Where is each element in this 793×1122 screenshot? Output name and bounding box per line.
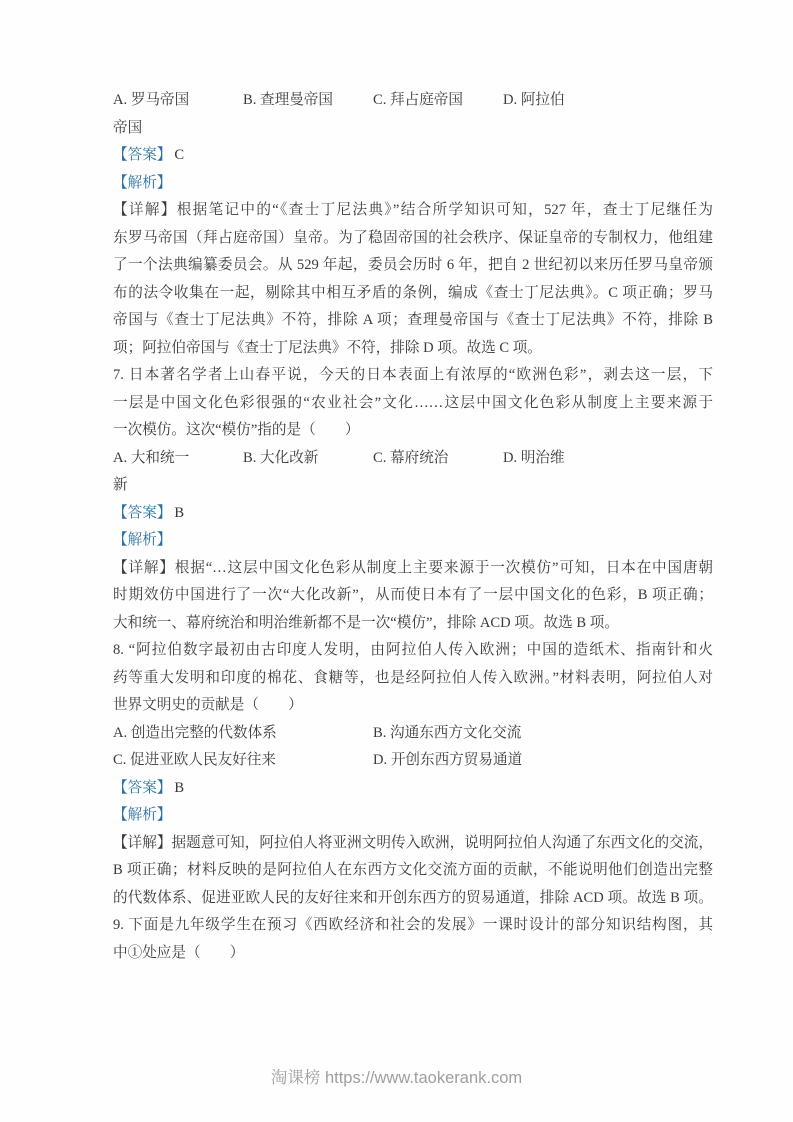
q8-answer-value: B — [174, 780, 184, 796]
q7-stem-line-1: 7. 日本著名学者上山春平说，今天的日本表面上有浓厚的“欧洲色彩”，剥去这一层，… — [113, 362, 713, 390]
q6-option-c: C. 拜占庭帝国 — [373, 87, 463, 115]
q8-option-c: C. 促进亚欧人民友好往来 — [113, 747, 276, 775]
q6-option-b: B. 查理曼帝国 — [243, 87, 333, 115]
q6-answer-label: 【答案】 — [113, 147, 171, 163]
watermark-footer: 淘课榜 https://www.taokerank.com — [0, 1064, 793, 1088]
q8-option-a: A. 创造出完整的代数体系 — [113, 720, 277, 748]
q6-options-row: A. 罗马帝国 B. 查理曼帝国 C. 拜占庭帝国 D. 阿拉伯 — [113, 87, 713, 115]
q8-detail-line-2: B 项正确；材料反映的是阿拉伯人在东西方文化交流方面的贡献，不能说明他们创造出完… — [113, 857, 713, 885]
q9-stem-line-2: 中①处应是（ ） — [113, 940, 713, 968]
q8-detail-line-3: 的代数体系、促进亚欧人民的友好往来和开创东西方的贸易通道，排除 ACD 项。故选… — [113, 885, 713, 913]
watermark-text: 淘课榜 https://www.taokerank.com — [271, 1069, 522, 1087]
q8-answer-row: 【答案】B — [113, 775, 713, 803]
q7-option-c: C. 幕府统治 — [373, 445, 448, 473]
q8-analysis-row: 【解析】 — [113, 802, 713, 830]
q6-detail-line-3: 了一个法典编纂委员会。从 529 年起，委员会历时 6 年，把自 2 世纪初以来… — [113, 252, 713, 280]
q6-detail-line-5: 帝国与《查士丁尼法典》不符，排除 A 项；查理曼帝国与《查士丁尼法典》不符，排除… — [113, 307, 713, 335]
q6-option-d-overflow: 帝国 — [113, 115, 713, 143]
q7-option-a: A. 大和统一 — [113, 445, 189, 473]
q6-analysis-row: 【解析】 — [113, 170, 713, 198]
q8-option-b: B. 沟通东西方文化交流 — [373, 720, 521, 748]
q7-option-b: B. 大化改新 — [243, 445, 318, 473]
q7-analysis-row: 【解析】 — [113, 527, 713, 555]
q6-detail-line-4: 布的法令收集在一起，剔除其中相互矛盾的条例，编成《查士丁尼法典》。C 项正确；罗… — [113, 280, 713, 308]
q6-detail-line-2: 东罗马帝国（拜占庭帝国）皇帝。为了稳固帝国的社会秩序、保证皇帝的专制权力，他组建 — [113, 225, 713, 253]
exam-content: A. 罗马帝国 B. 查理曼帝国 C. 拜占庭帝国 D. 阿拉伯 帝国 【答案】… — [113, 87, 713, 967]
q7-option-d: D. 明治维 — [503, 445, 565, 473]
q7-options-row: A. 大和统一 B. 大化改新 C. 幕府统治 D. 明治维 — [113, 445, 713, 473]
q7-stem-line-2: 一层是中国文化色彩很强的“农业社会”文化……这层中国文化色彩从制度上主要来源于 — [113, 390, 713, 418]
q7-stem-line-3: 一次模仿。这次“模仿”指的是（ ） — [113, 417, 713, 445]
q6-detail-line-6: 项；阿拉伯帝国与《查士丁尼法典》不符，排除 D 项。故选 C 项。 — [113, 335, 713, 363]
q8-detail-line-1: 【详解】据题意可知，阿拉伯人将亚洲文明传入欧洲，说明阿拉伯人沟通了东西文化的交流… — [113, 830, 713, 858]
q7-option-d-overflow: 新 — [113, 472, 713, 500]
q6-option-a: A. 罗马帝国 — [113, 87, 189, 115]
q8-stem-line-2: 药等重大发明和印度的棉花、食糖等，也是经阿拉伯人传入欧洲。”材料表明，阿拉伯人对 — [113, 665, 713, 693]
q6-answer-row: 【答案】C — [113, 142, 713, 170]
q6-analysis-label: 【解析】 — [113, 175, 171, 191]
q8-options-row-ab: A. 创造出完整的代数体系 B. 沟通东西方文化交流 — [113, 720, 713, 748]
q7-answer-row: 【答案】B — [113, 500, 713, 528]
q6-answer-value: C — [174, 147, 184, 163]
q7-answer-value: B — [174, 505, 184, 521]
q6-option-d: D. 阿拉伯 — [503, 87, 565, 115]
q7-detail-line-1: 【详解】根据“…这层中国文化色彩从制度上主要来源于一次模仿”可知，日本在中国唐朝 — [113, 555, 713, 583]
q8-option-d: D. 开创东西方贸易通道 — [373, 747, 522, 775]
q8-stem-line-3: 世界文明史的贡献是（ ） — [113, 692, 713, 720]
exam-page: A. 罗马帝国 B. 查理曼帝国 C. 拜占庭帝国 D. 阿拉伯 帝国 【答案】… — [0, 0, 793, 1122]
q7-analysis-label: 【解析】 — [113, 532, 171, 548]
q8-analysis-label: 【解析】 — [113, 807, 171, 823]
q8-options-row-cd: C. 促进亚欧人民友好往来 D. 开创东西方贸易通道 — [113, 747, 713, 775]
q9-stem-line-1: 9. 下面是九年级学生在预习《西欧经济和社会的发展》一课时设计的部分知识结构图，… — [113, 912, 713, 940]
q8-answer-label: 【答案】 — [113, 780, 171, 796]
q7-detail-line-2: 时期效仿中国进行了一次“大化改新”，从而使日本有了一层中国文化的色彩，B 项正确… — [113, 582, 713, 610]
q7-detail-line-3: 大和统一、幕府统治和明治维新都不是一次“模仿”，排除 ACD 项。故选 B 项。 — [113, 610, 713, 638]
q7-answer-label: 【答案】 — [113, 505, 171, 521]
q8-stem-line-1: 8. “阿拉伯数字最初由古印度人发明，由阿拉伯人传入欧洲；中国的造纸术、指南针和… — [113, 637, 713, 665]
q6-detail-line-1: 【详解】根据笔记中的“《查士丁尼法典》”结合所学知识可知，527 年，查士丁尼继… — [113, 197, 713, 225]
